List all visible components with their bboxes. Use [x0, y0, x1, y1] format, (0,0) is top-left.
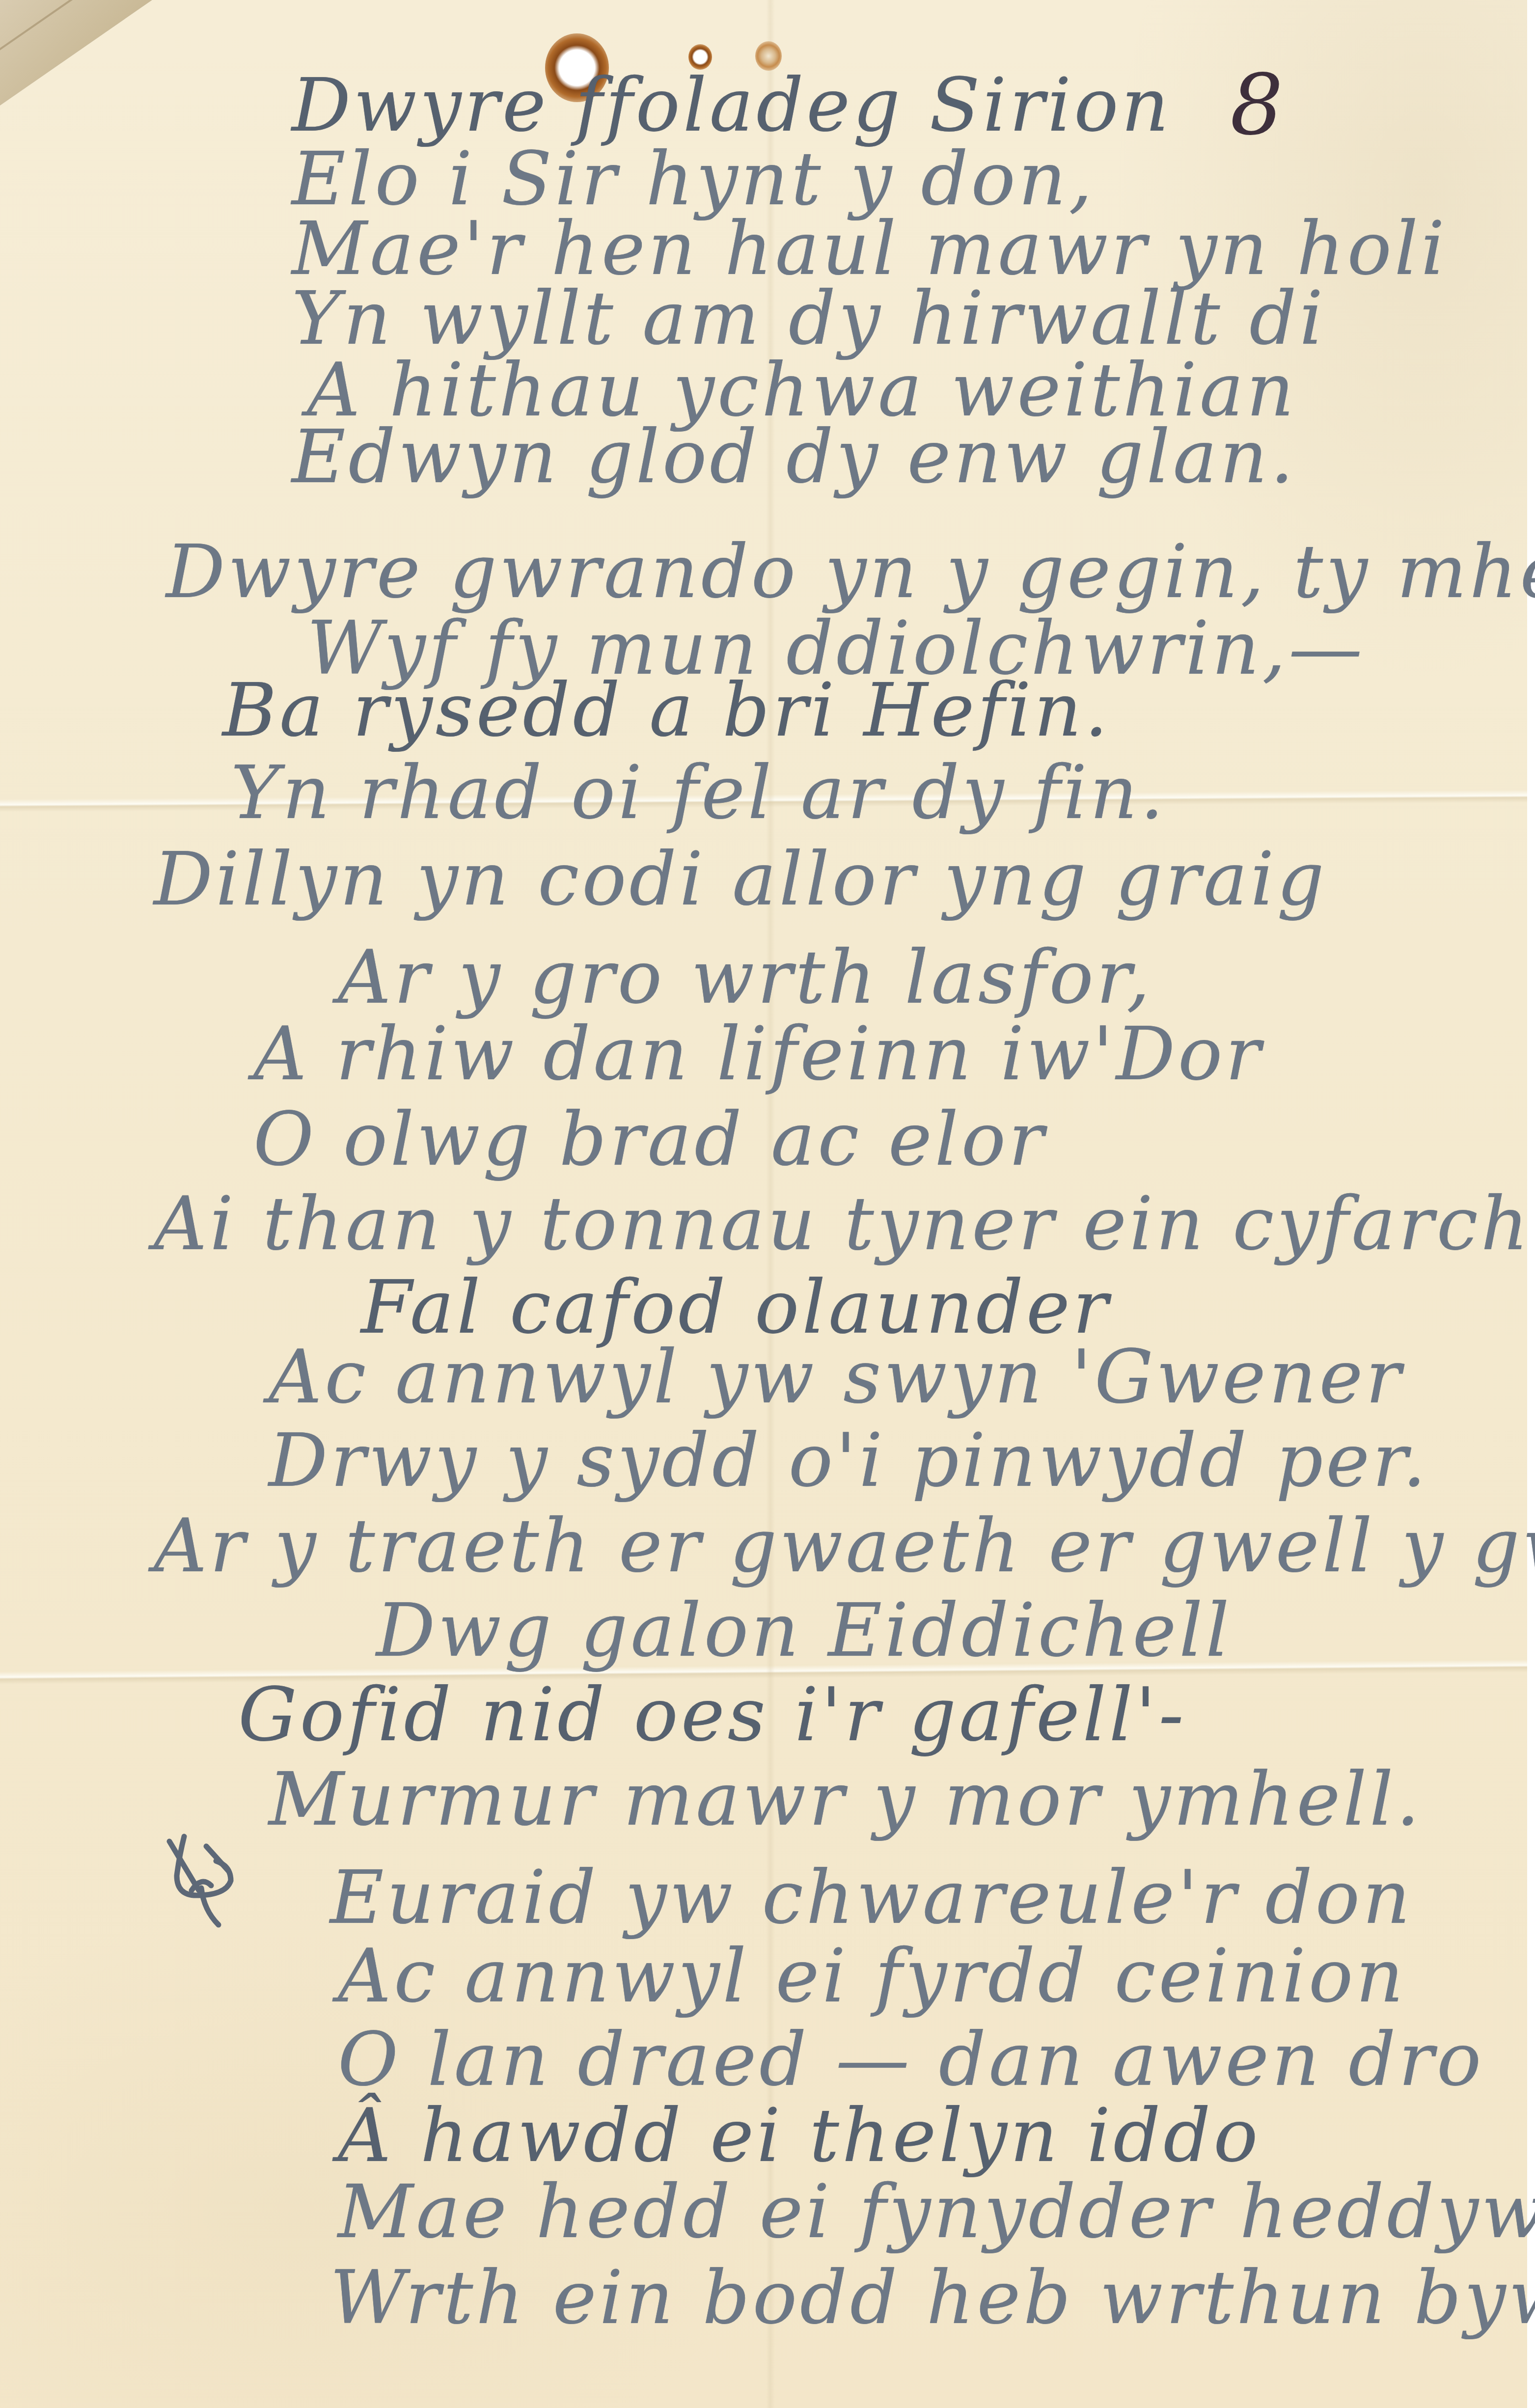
poem-line: Ac annwyl yw swyn 'Gwener [269, 1341, 1404, 1414]
leaf-doodle-icon [157, 1827, 241, 1930]
poem-line: Murmur mawr y mor ymhell. [269, 1763, 1423, 1836]
poem-line: Mae'r hen haul mawr yn holi [292, 212, 1448, 286]
poem-line: Fal cafod olaunder [361, 1271, 1111, 1344]
poem-line: Yn wyllt am dy hirwallt di [292, 282, 1326, 356]
poem-line: Drwy y sydd o'i pinwydd per. [269, 1424, 1429, 1498]
poem-line: Edwyn glod dy enw glan. [292, 420, 1297, 494]
poem-line: O olwg brad ac elor [253, 1103, 1047, 1177]
poem-line: Â hawdd ei thelyn iddo [338, 2099, 1261, 2173]
page-number: 8 [1230, 64, 1283, 147]
poem-line: Ac annwyl ei fyrdd ceinion [338, 1940, 1406, 2013]
poem-line: Wrth ein bodd heb wrthun byw. [330, 2261, 1535, 2335]
poem-line: Elo i Sir hynt y don, [292, 142, 1095, 216]
poem-line: Ar y traeth er gwaeth er gwell y gweli [154, 1509, 1535, 1583]
poem-line: Euraid yw chwareule'r don [330, 1861, 1413, 1935]
poem-line: Dwyre gwrando yn y gegin, ty mhell [166, 535, 1535, 609]
poem-line: Ba rysedd a bri Hefin. [222, 674, 1111, 747]
poem-line: Dwg galon Eiddichell [376, 1594, 1232, 1668]
poem-line: Mae hedd ei fynydder heddyw [338, 2175, 1535, 2249]
poem-line: Ar y gro wrth lasfor, [338, 941, 1153, 1014]
poem-line: Dillyn yn codi allor yng graig [154, 843, 1327, 916]
poem-line: Gofid nid oes i'r gafell'- [238, 1678, 1187, 1752]
poem-line: O lan draed — dan awen dro [338, 2023, 1484, 2097]
poem-line: Ai than y tonnau tyner ein cyfarch [154, 1187, 1531, 1261]
poem-line: A rhiw dan lifeinn iw'Dor [253, 1017, 1263, 1091]
poem-line: Yn rhad oi fel ar dy fin. [231, 756, 1167, 830]
poem-line: Dwyre ffoladeg Sirion [292, 69, 1172, 142]
